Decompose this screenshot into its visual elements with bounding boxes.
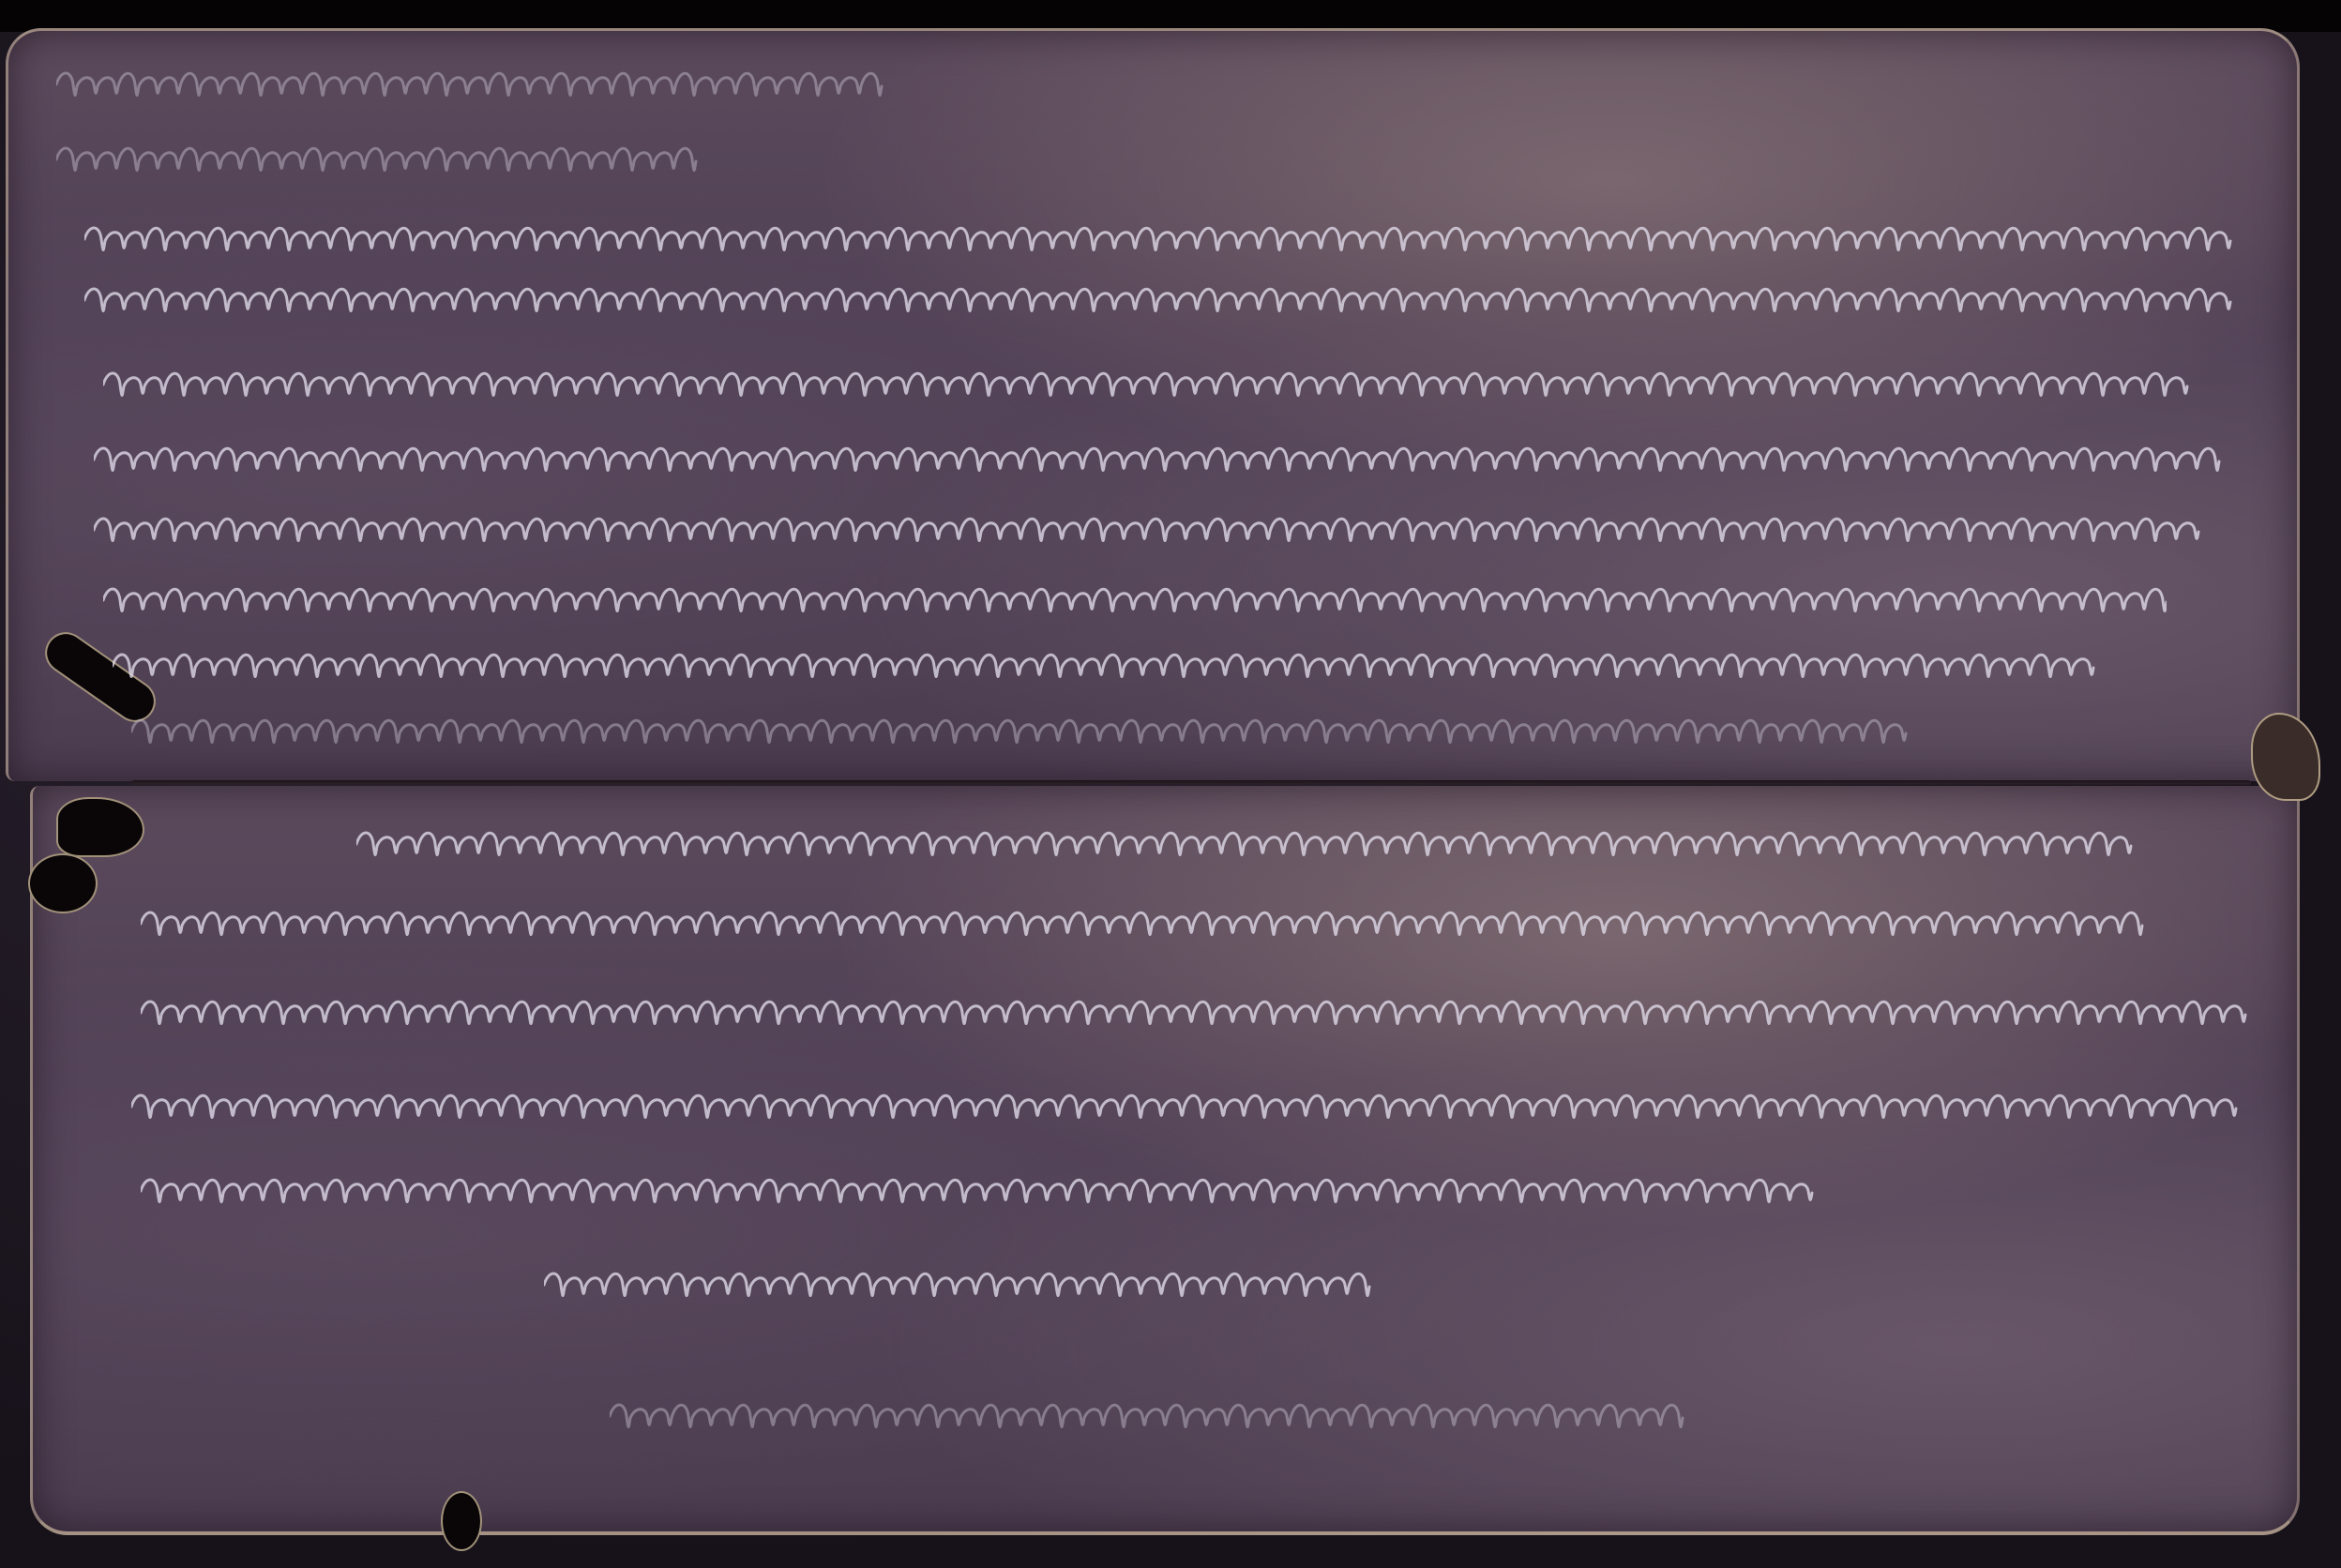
script-line <box>103 581 2167 619</box>
torn-edge-left <box>28 853 98 913</box>
script-line <box>94 441 2232 478</box>
script-line <box>131 1088 2251 1125</box>
fold-crease <box>131 780 2251 786</box>
script-line <box>56 141 713 178</box>
script-line <box>141 994 2251 1032</box>
script-line <box>544 1266 1388 1304</box>
script-line <box>141 1172 1829 1210</box>
script-line <box>131 713 1913 750</box>
torn-edge-bottom <box>441 1491 482 1551</box>
script-line <box>141 905 2157 942</box>
torn-edge-right <box>2251 713 2320 801</box>
script-line <box>103 366 2204 403</box>
script-line <box>610 1397 1688 1435</box>
script-line <box>56 66 900 103</box>
script-line <box>94 511 2213 549</box>
dark-background-band <box>0 0 2341 32</box>
script-line <box>356 825 2138 863</box>
script-line <box>84 220 2242 258</box>
script-line <box>113 647 2101 685</box>
script-line <box>84 281 2242 319</box>
photo-stage: Folded manuscript with chalk script on d… <box>0 0 2341 1568</box>
